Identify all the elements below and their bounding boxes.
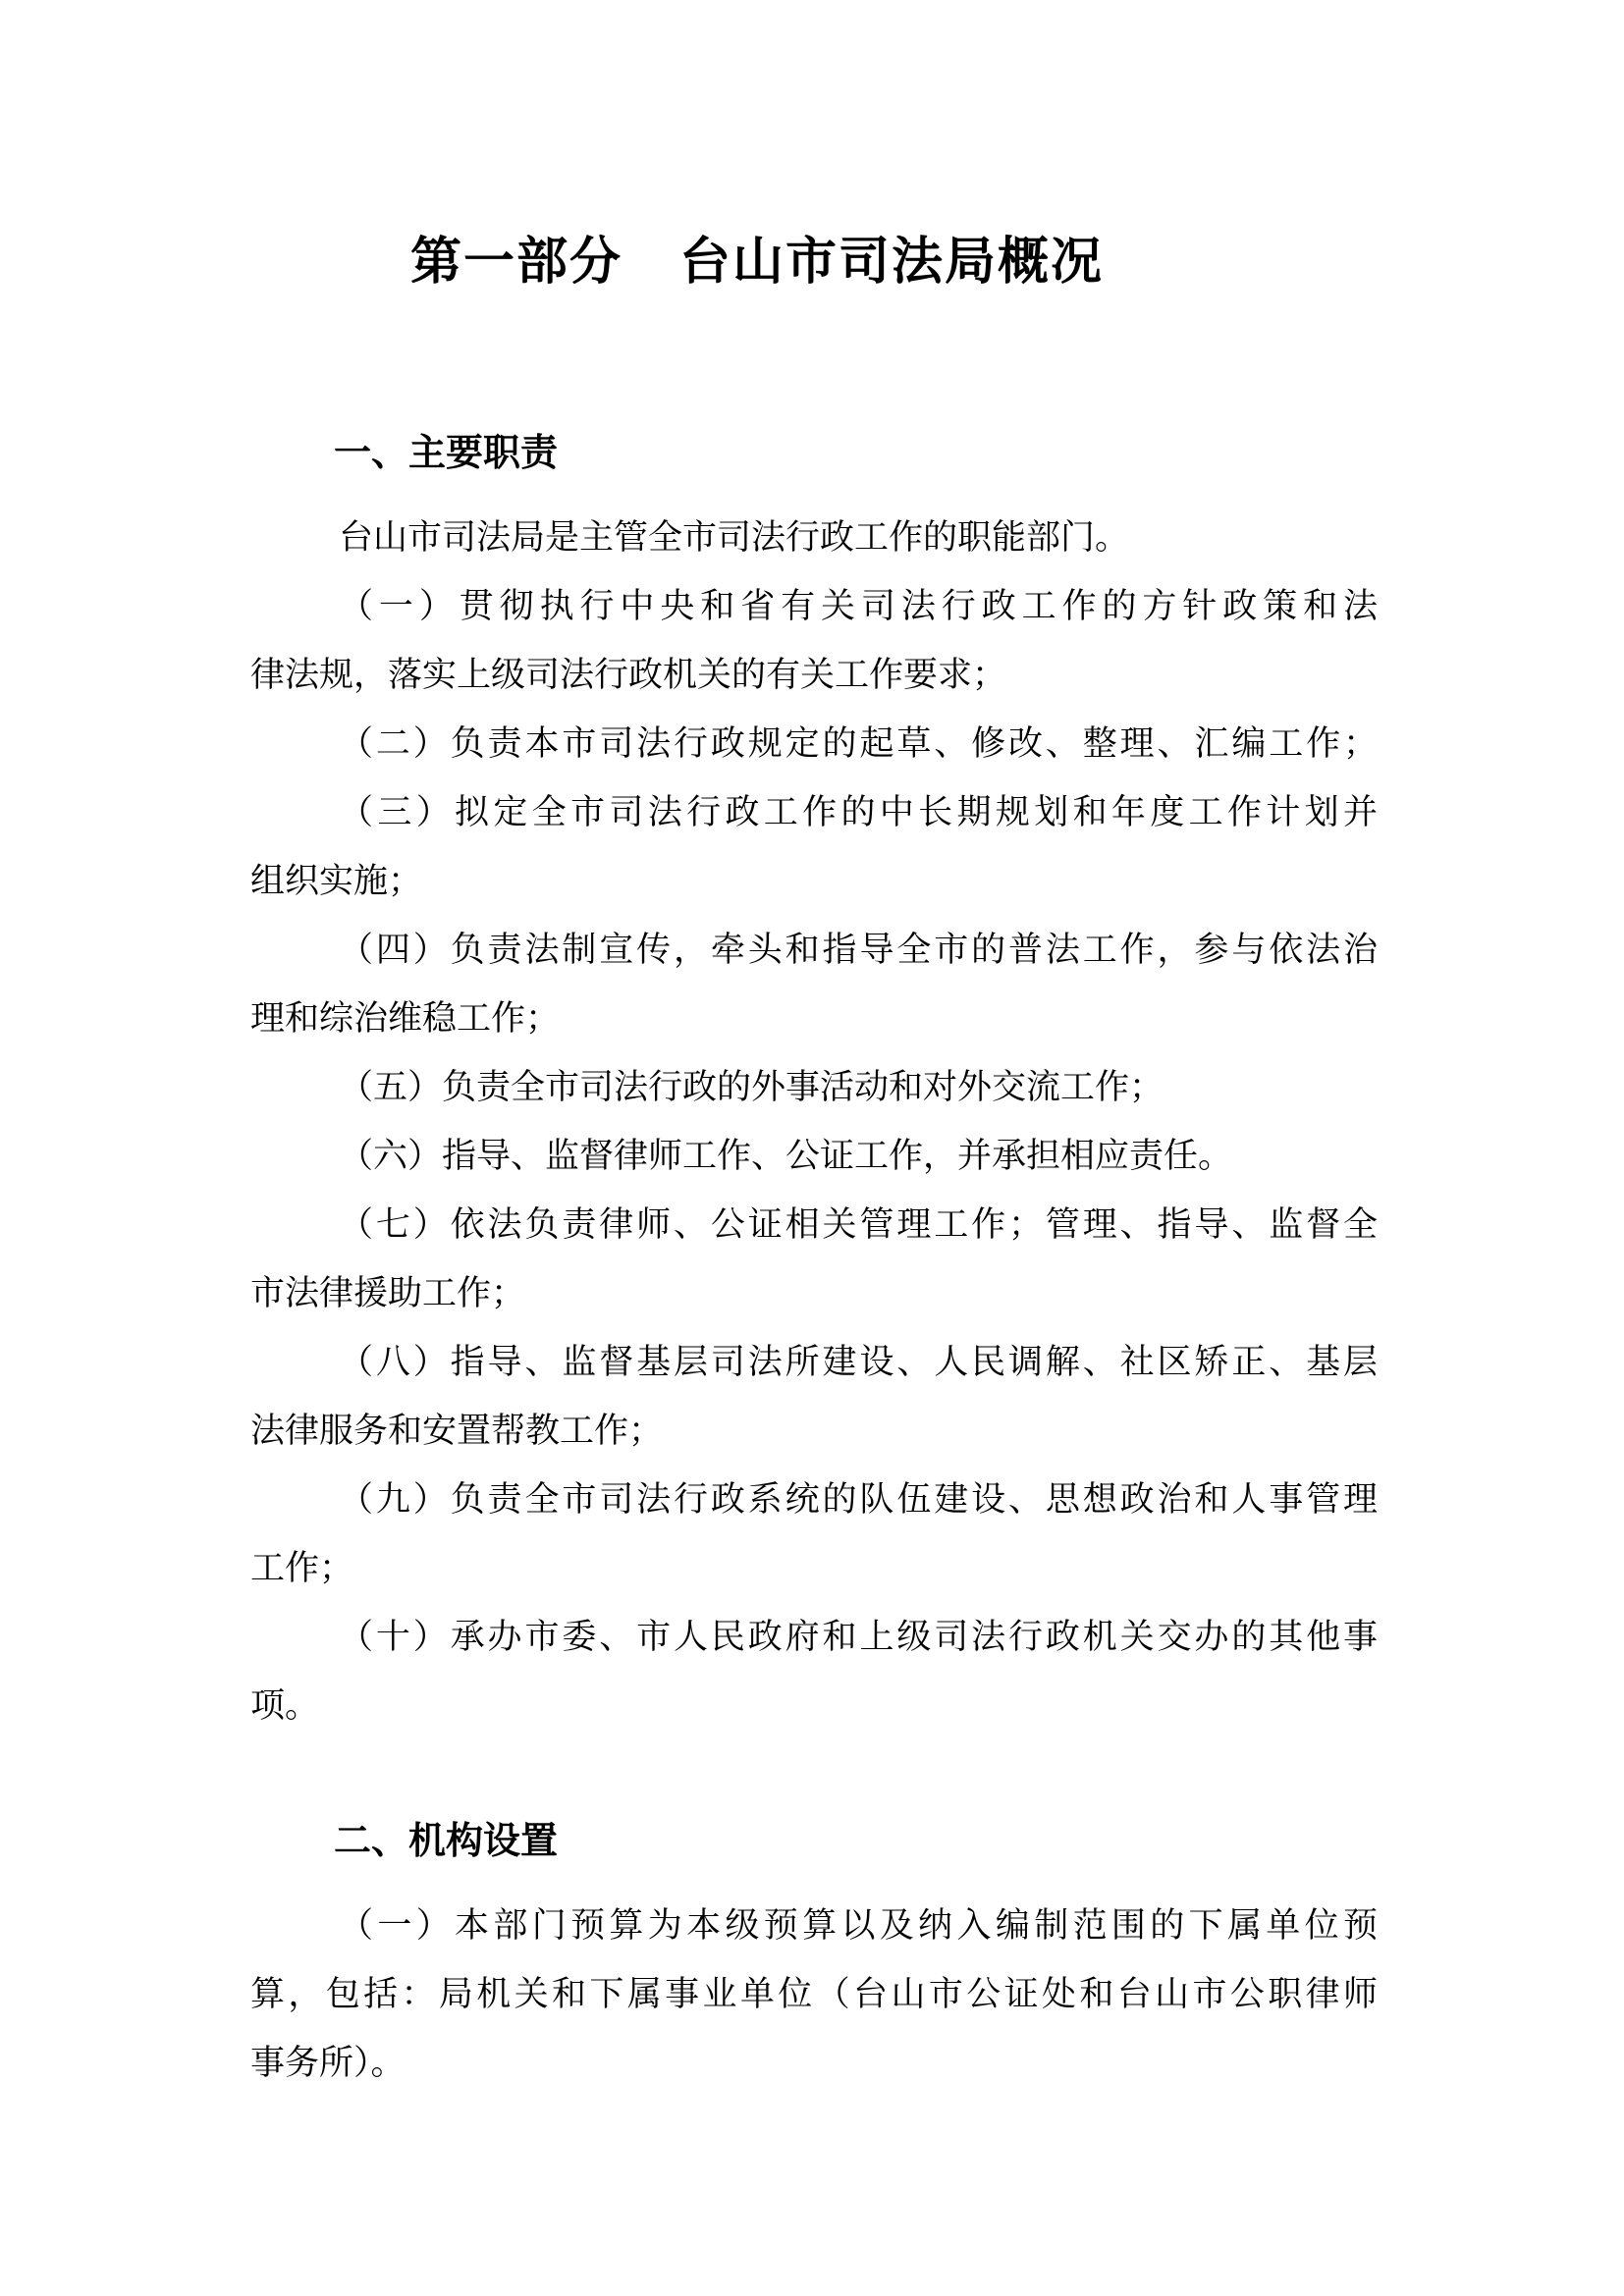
section-heading-organization: 二、机构设置 [334, 1816, 923, 1865]
duty-item-1-line1: （一）贯彻执行中央和省有关司法行政工作的方针政策和法 [339, 581, 1378, 632]
title-name: 台山市司法局概况 [679, 233, 1104, 292]
duty-item-6-line1: （六）指导、监督律师工作、公证工作，并承担相应责任。 [339, 1131, 1232, 1182]
duty-item-7-line2: 市法律援助工作； [250, 1268, 525, 1319]
duty-item-10-line2: 项。 [250, 1681, 319, 1732]
duty-item-5-line1: （五）负责全市司法行政的外事活动和对外交流工作； [339, 1062, 1164, 1113]
duty-item-8-line1: （八）指导、监督基层司法所建设、人民调解、社区矫正、基层 [339, 1337, 1378, 1388]
org-item-1-line3: 事务所）。 [250, 2038, 406, 2089]
org-item-1-line2: 算，包括：局机关和下属事业单位（台山市公证处和台山市公职律师 [250, 1969, 1378, 2020]
duty-item-3-line1: （三）拟定全市司法行政工作的中长期规划和年度工作计划并 [339, 787, 1378, 838]
document-page: 第一部分台山市司法局概况 一、主要职责 台山市司法局是主管全市司法行政工作的职能… [0, 0, 1624, 2296]
duty-item-10-line1: （十）承办市委、市人民政府和上级司法行政机关交办的其他事 [339, 1612, 1378, 1663]
title-part: 第一部分 [410, 233, 623, 292]
duties-intro: 台山市司法局是主管全市司法行政工作的职能部门。 [339, 512, 1129, 563]
duty-item-4-line1: （四）负责法制宣传，牵头和指导全市的普法工作，参与依法治 [339, 925, 1378, 976]
duty-item-8-line2: 法律服务和安置帮教工作； [250, 1406, 663, 1457]
duty-item-2-line1: （二）负责本市司法行政规定的起草、修改、整理、汇编工作； [339, 719, 1378, 770]
duty-item-9-line1: （九）负责全市司法行政系统的队伍建设、思想政治和人事管理 [339, 1474, 1378, 1525]
duty-item-4-line2: 理和综治维稳工作； [250, 993, 560, 1044]
section-heading-duties: 一、主要职责 [334, 428, 923, 477]
duty-item-7-line1: （七）依法负责律师、公证相关管理工作；管理、指导、监督全 [339, 1200, 1378, 1251]
org-item-1-line1: （一）本部门预算为本级预算以及纳入编制范围的下属单位预 [339, 1900, 1378, 1951]
duty-item-1-line2: 律法规，落实上级司法行政机关的有关工作要求； [250, 650, 1006, 701]
duty-item-9-line2: 工作； [250, 1543, 353, 1594]
duty-item-3-line2: 组织实施； [250, 856, 422, 907]
page-title: 第一部分台山市司法局概况 [410, 228, 1216, 296]
